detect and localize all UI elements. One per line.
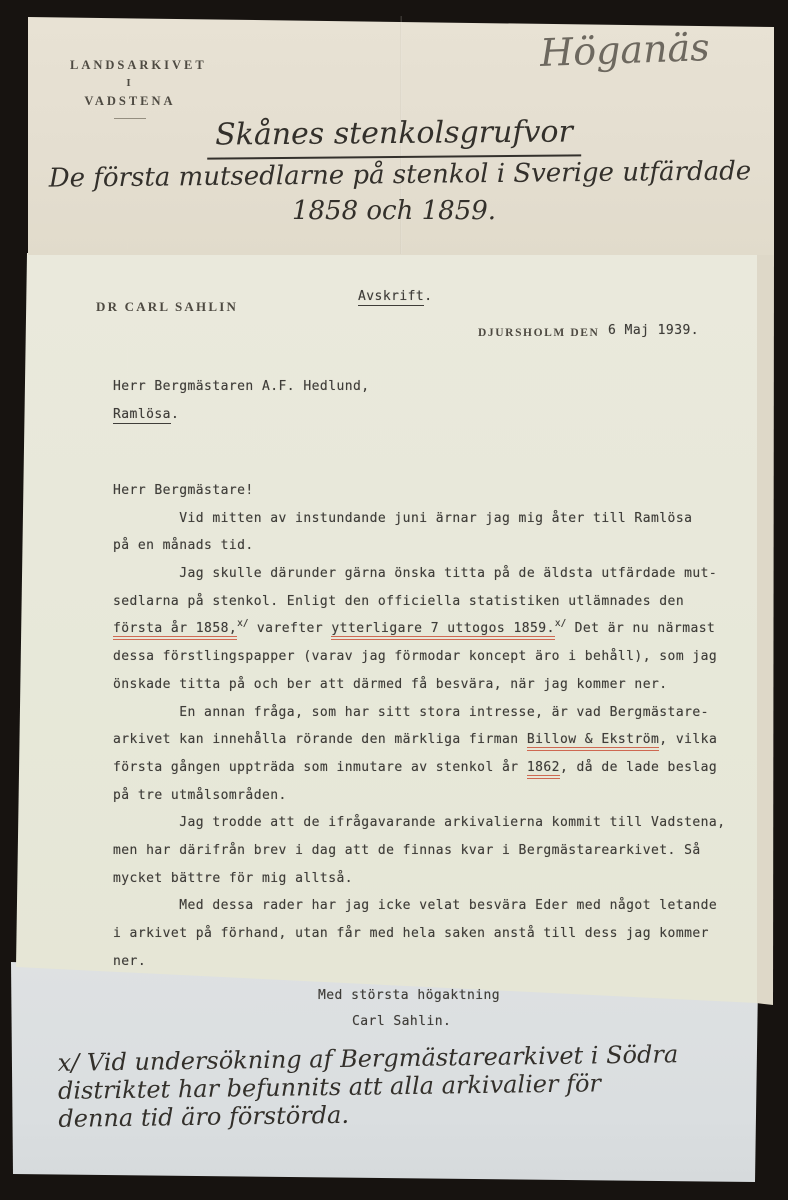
pencil-note: Höganäs	[539, 25, 710, 75]
recipient-place-text: Ramlösa	[113, 407, 171, 424]
letter-body: Herr Bergmästare! Vid mitten av instunda…	[113, 477, 725, 975]
handwritten-footnote: x/ Vid undersökning af Bergmästarearkive…	[57, 1039, 758, 1133]
archive-letterhead: LANDSARKIVET I VADSTENA	[70, 58, 190, 119]
handwritten-subtitle-2: 1858 och 1859.	[0, 196, 788, 226]
archival-photo: LANDSARKIVET I VADSTENA Höganäs Skånes s…	[0, 0, 788, 1200]
letter-date: 6 Maj 1939.	[608, 323, 699, 338]
handwritten-title: Skånes stenkolsgrufvor	[0, 113, 788, 155]
recipient-name: Herr Bergmästaren A.F. Hedlund,	[113, 379, 370, 394]
letterhead-line3: VADSTENA	[70, 94, 190, 109]
recipient-place: Ramlösa.	[113, 407, 179, 422]
place-label: DJURSHOLM DEN	[478, 327, 599, 339]
doc-type-text: Avskrift	[358, 289, 424, 306]
title-text: Skånes stenkolsgrufvor	[207, 114, 581, 159]
doc-type-heading: Avskrift.	[358, 289, 433, 304]
letterhead-sheet-edge	[756, 253, 774, 1005]
letterhead-line1: LANDSARKIVET	[70, 58, 190, 73]
recipient-place-period: .	[171, 407, 179, 422]
signature-line: Carl Sahlin.	[352, 1014, 451, 1029]
letterhead-line2: I	[70, 77, 190, 89]
closing-line: Med största högaktning	[318, 988, 500, 1003]
doc-type-period: .	[424, 289, 432, 304]
sender-letterhead: DR CARL SAHLIN	[96, 299, 238, 315]
